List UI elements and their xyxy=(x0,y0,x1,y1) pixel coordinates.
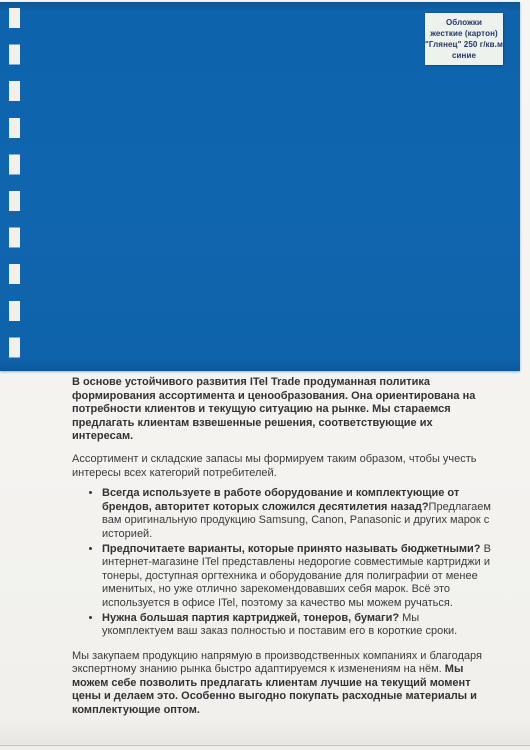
cover-label-line: жесткие (картон) xyxy=(425,28,503,39)
list-item: Нужна большая партия картриджей, тонеров… xyxy=(102,612,493,639)
cover-label-line: "Глянец" 250 г/кв.м xyxy=(425,39,503,50)
list-item: Всегда используете в работе оборудование… xyxy=(102,487,493,541)
list-item-question: Предпочитаете варианты, которые принято … xyxy=(102,543,481,555)
list-item-question: Нужна большая партия картриджей, тонеров… xyxy=(102,612,399,624)
document-body: В основе устойчивого развития ITel Trade… xyxy=(72,369,493,718)
cover-label-sticker: Обложки жесткие (картон) "Глянец" 250 г/… xyxy=(425,13,503,65)
blue-cover-sheet: Обложки жесткие (картон) "Глянец" 250 г/… xyxy=(0,2,520,371)
list-item-question: Всегда используете в работе оборудование… xyxy=(102,487,459,513)
binder-holes xyxy=(9,8,20,359)
scanned-document-page: Обложки жесткие (картон) "Глянец" 250 г/… xyxy=(0,0,530,750)
closing-paragraph: Мы закупаем продукцию напрямую в произво… xyxy=(72,650,493,718)
cover-label-line: синие xyxy=(425,50,503,61)
closing-regular-text: Мы закупаем продукцию напрямую в произво… xyxy=(72,650,482,676)
assortment-paragraph: Ассортимент и складские запасы мы формир… xyxy=(72,453,493,480)
list-item: Предпочитаете варианты, которые принято … xyxy=(102,543,493,611)
customer-needs-list: Всегда используете в работе оборудование… xyxy=(72,487,493,639)
cover-label-line: Обложки xyxy=(425,17,503,28)
intro-paragraph: В основе устойчивого развития ITel Trade… xyxy=(72,376,493,444)
